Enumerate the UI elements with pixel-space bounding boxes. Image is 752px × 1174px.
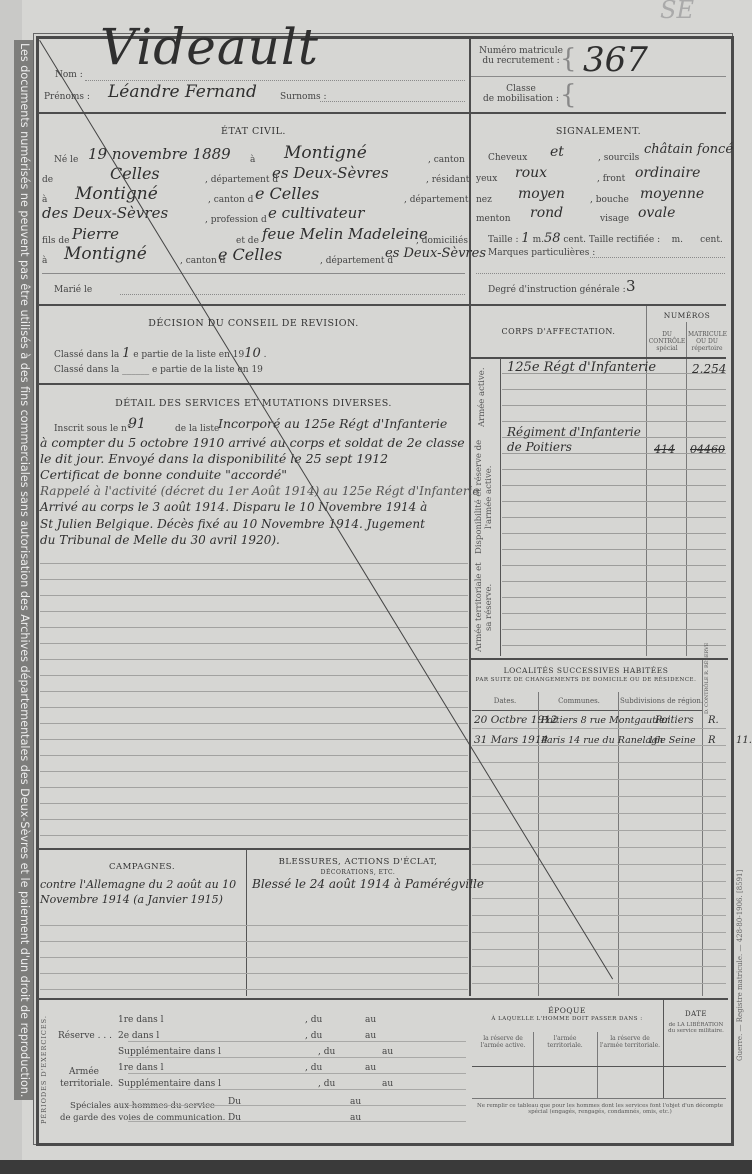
divider: [471, 112, 726, 114]
divider: [472, 1066, 726, 1067]
prenoms-label: Prénoms :: [44, 92, 90, 102]
service-line-3: le dit jour. Envoyé dans la disponibilit…: [40, 451, 388, 466]
service-line-1: Incorporé au 125e Régt d'Infanterie: [218, 416, 447, 431]
visage-label: visage: [600, 214, 629, 224]
date-liberation-title: DATE: [665, 1010, 727, 1018]
sourcils-label: , sourcils: [598, 153, 639, 163]
liste-label: de la liste: [175, 424, 219, 434]
service-line-7: St Julien Belgique. Décès fixé au 10 Nov…: [40, 517, 425, 531]
campagne-line-2: Novembre 1914 (a Janvier 1915): [40, 893, 223, 906]
localite-code-2: R: [708, 735, 716, 746]
divider: [38, 304, 469, 306]
exercice-label-1: 1re dans l: [118, 1015, 164, 1025]
etat-civil-title: ÉTAT CIVIL.: [38, 126, 469, 137]
affectation-matricule-1: 2.254: [692, 362, 726, 376]
epoque-title: ÉPOQUE: [472, 1006, 662, 1015]
nez-value: moyen: [518, 186, 565, 202]
conseil-revision-title: DÉCISION DU CONSEIL DE REVISION.: [38, 318, 469, 329]
affectation-title: CORPS D'AFFECTATION.: [476, 327, 641, 336]
blessure-line-1: Blessé le 24 août 1914 à Pamérégville: [252, 877, 484, 891]
col-communes: Communes.: [540, 697, 618, 705]
campagne-line-1: contre l'Allemagne du 2 août au 10: [40, 878, 236, 891]
localite-subdivision-1: Poitiers: [655, 715, 694, 726]
sourcils-value: châtain foncé: [644, 142, 733, 157]
inscrit-numero: 91: [128, 416, 146, 432]
localite-commune-1: Poitiers 8 rue Montgautier: [541, 715, 669, 726]
section-disponibilite: Disponibilité et réserve de l'armée acti…: [474, 432, 496, 562]
service-line-6: Arrivé au corps le 3 août 1914. Disparu …: [40, 500, 427, 514]
parents-departement: es Deux-Sèvres: [385, 246, 486, 261]
ne-le-label: Né le: [54, 155, 78, 165]
prenoms-value: Léandre Fernand: [108, 82, 257, 102]
canton-label: , canton: [428, 155, 465, 165]
domicilies-label: , domiciliés: [416, 236, 468, 246]
margin-note: 11.: [736, 735, 752, 746]
territoriale-label: Arméeterritoriale.: [60, 1066, 108, 1090]
copyright-watermark: Les documents numérisés ne peuvent pas ê…: [14, 40, 34, 1100]
matricule-label: Numéro matriculedu recrutement :: [478, 46, 564, 66]
matricule-value: 367: [583, 40, 648, 80]
divider: [38, 998, 728, 1000]
affectation-ruled-lines: [502, 358, 726, 656]
services-title: DÉTAIL DES SERVICES ET MUTATIONS DIVERSE…: [38, 398, 469, 409]
canton-label: , canton d: [208, 195, 253, 205]
printer-note: Guerre. — Registre matricule. — 428-80-1…: [736, 840, 744, 1090]
divider: [472, 710, 702, 711]
a-label: à: [250, 155, 255, 165]
cheveux-value: et: [550, 144, 564, 160]
affectation-corps-1: 125e Régt d'Infanterie: [507, 360, 656, 375]
col-dates: Dates.: [474, 697, 536, 705]
front-value: ordinaire: [635, 165, 700, 181]
numeros-title: NUMÉROS: [648, 311, 726, 320]
menton-label: menton: [476, 214, 511, 224]
marques-label: Marques particulières :: [488, 248, 595, 258]
degre-value: 3: [626, 277, 636, 295]
divider: [38, 383, 469, 385]
mother-name: feue Melin Madeleine: [262, 225, 428, 243]
col-controle-reserve: D. CONTRÔLE R. RÉSERVE: [704, 664, 724, 714]
classe-label: Classede mobilisation :: [478, 84, 564, 104]
residence-canton: e Celles: [255, 184, 319, 203]
exercices-ruled-lines: [128, 1026, 466, 1122]
divider: [38, 112, 469, 114]
profession: e cultivateur: [268, 204, 364, 222]
col-controle: DU CONTRÔLE spécial: [648, 331, 686, 352]
affectation-corps-2: Régiment d'Infanterie de Poitiers: [507, 425, 642, 455]
marie-line: [120, 294, 465, 295]
a-label: à: [42, 256, 47, 266]
campagnes-title: CAMPAGNES.: [38, 862, 246, 872]
divider: [471, 304, 726, 306]
father-name: Pierre: [72, 225, 119, 243]
residant-label: , résidant: [426, 175, 469, 185]
parents-domicile: Montigné: [64, 244, 147, 264]
departement-label: , département d: [320, 256, 393, 266]
epoque-col-3: la réserve de l'armée territoriale.: [599, 1035, 661, 1049]
surnoms-line: [320, 101, 465, 102]
nez-label: nez: [476, 195, 492, 205]
yeux-label: yeux: [476, 174, 497, 184]
affectation-matricule-2: 04460: [690, 443, 725, 456]
epoque-col-2: l'armée territoriale.: [535, 1035, 595, 1049]
localite-commune-2: Paris 14 rue du Ranelagh: [541, 735, 663, 746]
localite-date-2: 31 Mars 1914: [474, 734, 548, 746]
inscrit-label: Inscrit sous le n°: [54, 424, 131, 434]
classe-row-2: Classé dans la ______ e partie de la lis…: [54, 365, 263, 375]
marques-line: [590, 257, 725, 258]
divider: [42, 273, 465, 274]
service-line-2: à compter du 5 octobre 1910 arrivé au co…: [40, 435, 465, 450]
service-line-4: Certificat de bonne conduite "accordé": [40, 467, 287, 482]
divider: [471, 658, 728, 660]
taille-row: Taille : 1 m.58 cent. Taille rectifiée :…: [488, 231, 723, 246]
front-label: , front: [597, 174, 625, 184]
residence: Montigné: [75, 184, 158, 204]
nom-value: Videault: [100, 18, 319, 76]
date-liberation-sub: de LA LIBÉRATION du service militaire.: [665, 1022, 727, 1034]
service-line-5: Rappelé à l'activité (décret du 1er Août…: [40, 484, 480, 498]
localites-title: LOCALITÉS SUCCESSIVES HABITÉES: [471, 666, 701, 675]
brace-icon: {: [560, 80, 577, 110]
localites-ruled-lines: [472, 712, 726, 996]
blessures-title: BLESSURES, ACTIONS D'ÉCLAT,: [248, 857, 468, 867]
scan-border: [0, 1160, 752, 1174]
visage-value: ovale: [638, 205, 675, 221]
signalement-title: SIGNALEMENT.: [471, 126, 726, 137]
campagnes-ruled-lines: [40, 910, 468, 996]
col-subdivisions: Subdivisions de région.: [620, 697, 700, 705]
divider: [38, 848, 469, 850]
profession-label: , profession d: [205, 215, 267, 225]
blessures-subtitle: DÉCORATIONS, ETC.: [248, 869, 468, 876]
section-territoriale: Armée territoriale et sa réserve.: [474, 562, 496, 652]
du-label: , du: [305, 1015, 322, 1025]
bouche-value: moyenne: [640, 186, 704, 202]
corner-mark: SE: [660, 0, 694, 24]
epoque-subtitle: À LAQUELLE L'HOMME DOIT PASSER DANS :: [472, 1016, 662, 1022]
divider: [472, 1098, 726, 1099]
marques-line-2: [476, 273, 725, 274]
localites-subtitle: PAR SUITE DE CHANGEMENTS DE DOMICILE OU …: [471, 677, 701, 683]
section-armee-active: Armée active.: [477, 362, 487, 432]
menton-value: rond: [530, 205, 563, 221]
yeux-value: roux: [515, 165, 547, 181]
exercices-side-label: PÉRIODES D'EXERCICES.: [40, 1010, 48, 1130]
section-bracket: [500, 358, 501, 656]
brace-icon: {: [560, 44, 577, 74]
departement-label: , département: [404, 195, 468, 205]
col-divider: [533, 1032, 534, 1098]
bouche-label: , bouche: [590, 195, 629, 205]
localite-subdivision-2: 16e Seine: [648, 735, 696, 746]
col-matricule: MATRICULE OU DU répertoire: [688, 331, 726, 352]
affectation-controle-2: 414: [654, 443, 675, 456]
divider: [471, 76, 726, 77]
birth-place: Montigné: [284, 143, 367, 163]
degre-label: Degré d'instruction générale :: [488, 285, 626, 295]
epoque-footnote: Ne remplir ce tableau que pour les homme…: [474, 1103, 726, 1115]
col-divider: [663, 1000, 664, 1098]
birth-departement: es Deux-Sèvres: [272, 164, 389, 182]
cheveux-label: Cheveux: [488, 153, 527, 163]
parents-canton: e Celles: [218, 245, 282, 264]
marie-label: Marié le: [54, 285, 92, 295]
au-label: au: [365, 1015, 376, 1025]
nom-line: [85, 80, 465, 81]
reserve-label: Réserve . . .: [58, 1031, 112, 1041]
de-label: de: [42, 175, 53, 185]
localite-code-1: R.: [708, 715, 719, 726]
ruled-lines: [40, 548, 468, 848]
epoque-col-1: la réserve de l'armée active.: [474, 1035, 532, 1049]
col-divider: [597, 1032, 598, 1098]
service-line-8: du Tribunal de Melle du 30 avril 1920).: [40, 533, 280, 547]
